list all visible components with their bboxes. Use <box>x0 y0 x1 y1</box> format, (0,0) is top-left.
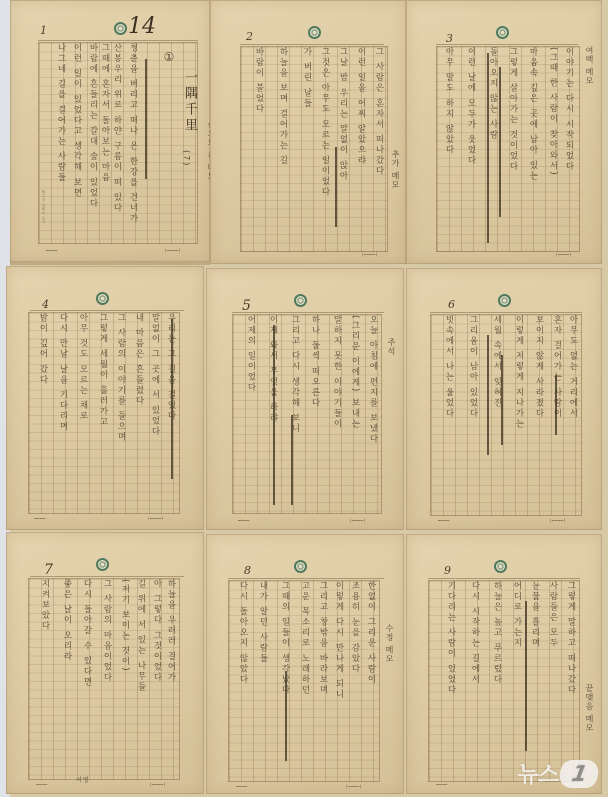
manuscript-grid: 그렇게 말하고 떠나갔다 사람들은 모두 눈물을 흘리며 어디로 가는지 하늘은… <box>428 580 580 782</box>
manuscript-page-7: 7 하늘을 우러러 걸어가 아 그렇다 그것이었다 길 위에 서 있는 나무들 … <box>6 532 204 794</box>
manuscript-page-8: 8 한없이 그리운 사람이 조용히 눈을 감았다 이렇게 다시 만나게 되니 그… <box>206 534 404 794</box>
page-number: 8 <box>244 564 251 577</box>
emblem-icon <box>96 558 109 571</box>
manuscript-grid: 그 사람은 혼자서 떠나갔다 이런 일을 어찌 알았으랴 그날 밤 우리는 말없… <box>240 46 388 252</box>
manuscript-grid: 오늘 아침에 편지를 보냈다 (그리운 이에게) 보내는 말하지 못한 이야기들… <box>232 314 382 514</box>
manuscript-page-1: 1 14 청춘을 버리고 떠나 온 한강을 건너가 산봉우리 위로 하얀 구름이… <box>10 0 210 262</box>
page-number: 9 <box>444 564 451 577</box>
watermark-text: 뉴스 <box>517 758 558 789</box>
manuscript-grid: 청춘을 버리고 떠나 온 한강을 건너가 산봉우리 위로 하얀 구름이 떠 있다… <box>38 42 198 244</box>
manuscript-page-3: 3 이야기는 다시 시작되었다 (그때 한 사람이 찾아와서) 마음속 깊은 곳… <box>406 0 602 264</box>
emblem-icon <box>294 560 307 573</box>
manuscript-page-2: 2 그 사람은 혼자서 떠나갔다 이런 일을 어찌 알았으랴 그날 밤 우리는 … <box>210 0 406 264</box>
page-number: 6 <box>448 298 455 311</box>
manuscript-title: 一隅千里 <box>180 70 199 134</box>
emblem-icon <box>308 26 321 39</box>
manuscript-grid: 우리는 그 길을 걸었다 말없이 그 곳에 서 있었다 내 마음은 흔들렸다 그… <box>28 312 180 514</box>
watermark-badge: 1 <box>558 760 601 788</box>
circled-mark: ① <box>163 50 175 66</box>
emblem-icon <box>294 294 307 307</box>
title-marker: (7) <box>182 150 190 167</box>
page-number: 2 <box>246 30 253 43</box>
manuscript-page-9: 9 그렇게 말하고 떠나갔다 사람들은 모두 눈물을 흘리며 어디로 가는지 하… <box>406 534 602 794</box>
header-mark: 14 <box>128 14 156 39</box>
manuscript-grid: 이야기는 다시 시작되었다 (그때 한 사람이 찾아와서) 마음속 깊은 곳에 … <box>436 46 580 252</box>
news1-watermark: 뉴스 1 <box>517 758 598 789</box>
manuscript-page-6: 6 아무도 없는 거리에서 혼자 걸어가는 사람이 보이지 않게 사라졌다 이렇… <box>406 268 602 530</box>
emblem-icon <box>494 560 507 573</box>
emblem-icon <box>96 292 109 305</box>
manuscript-grid: 아무도 없는 거리에서 혼자 걸어가는 사람이 보이지 않게 사라졌다 이렇게 … <box>430 314 582 516</box>
emblem-icon <box>498 294 511 307</box>
manuscript-grid: 한없이 그리운 사람이 조용히 눈을 감았다 이렇게 다시 만나게 되니 그리고… <box>228 580 380 782</box>
emblem-icon <box>114 22 127 35</box>
manuscript-page-4: 4 우리는 그 길을 걸었다 말없이 그 곳에 서 있었다 내 마음은 흔들렸다… <box>6 266 204 530</box>
emblem-icon <box>496 26 509 39</box>
manuscript-grid: 하늘을 우러러 걸어가 아 그렇다 그것이었다 길 위에 서 있는 나무들 (저… <box>28 578 180 780</box>
manuscript-page-5: 5 오늘 아침에 편지를 보냈다 (그리운 이에게) 보내는 말하지 못한 이야… <box>206 268 404 530</box>
page-number: 1 <box>40 24 47 37</box>
